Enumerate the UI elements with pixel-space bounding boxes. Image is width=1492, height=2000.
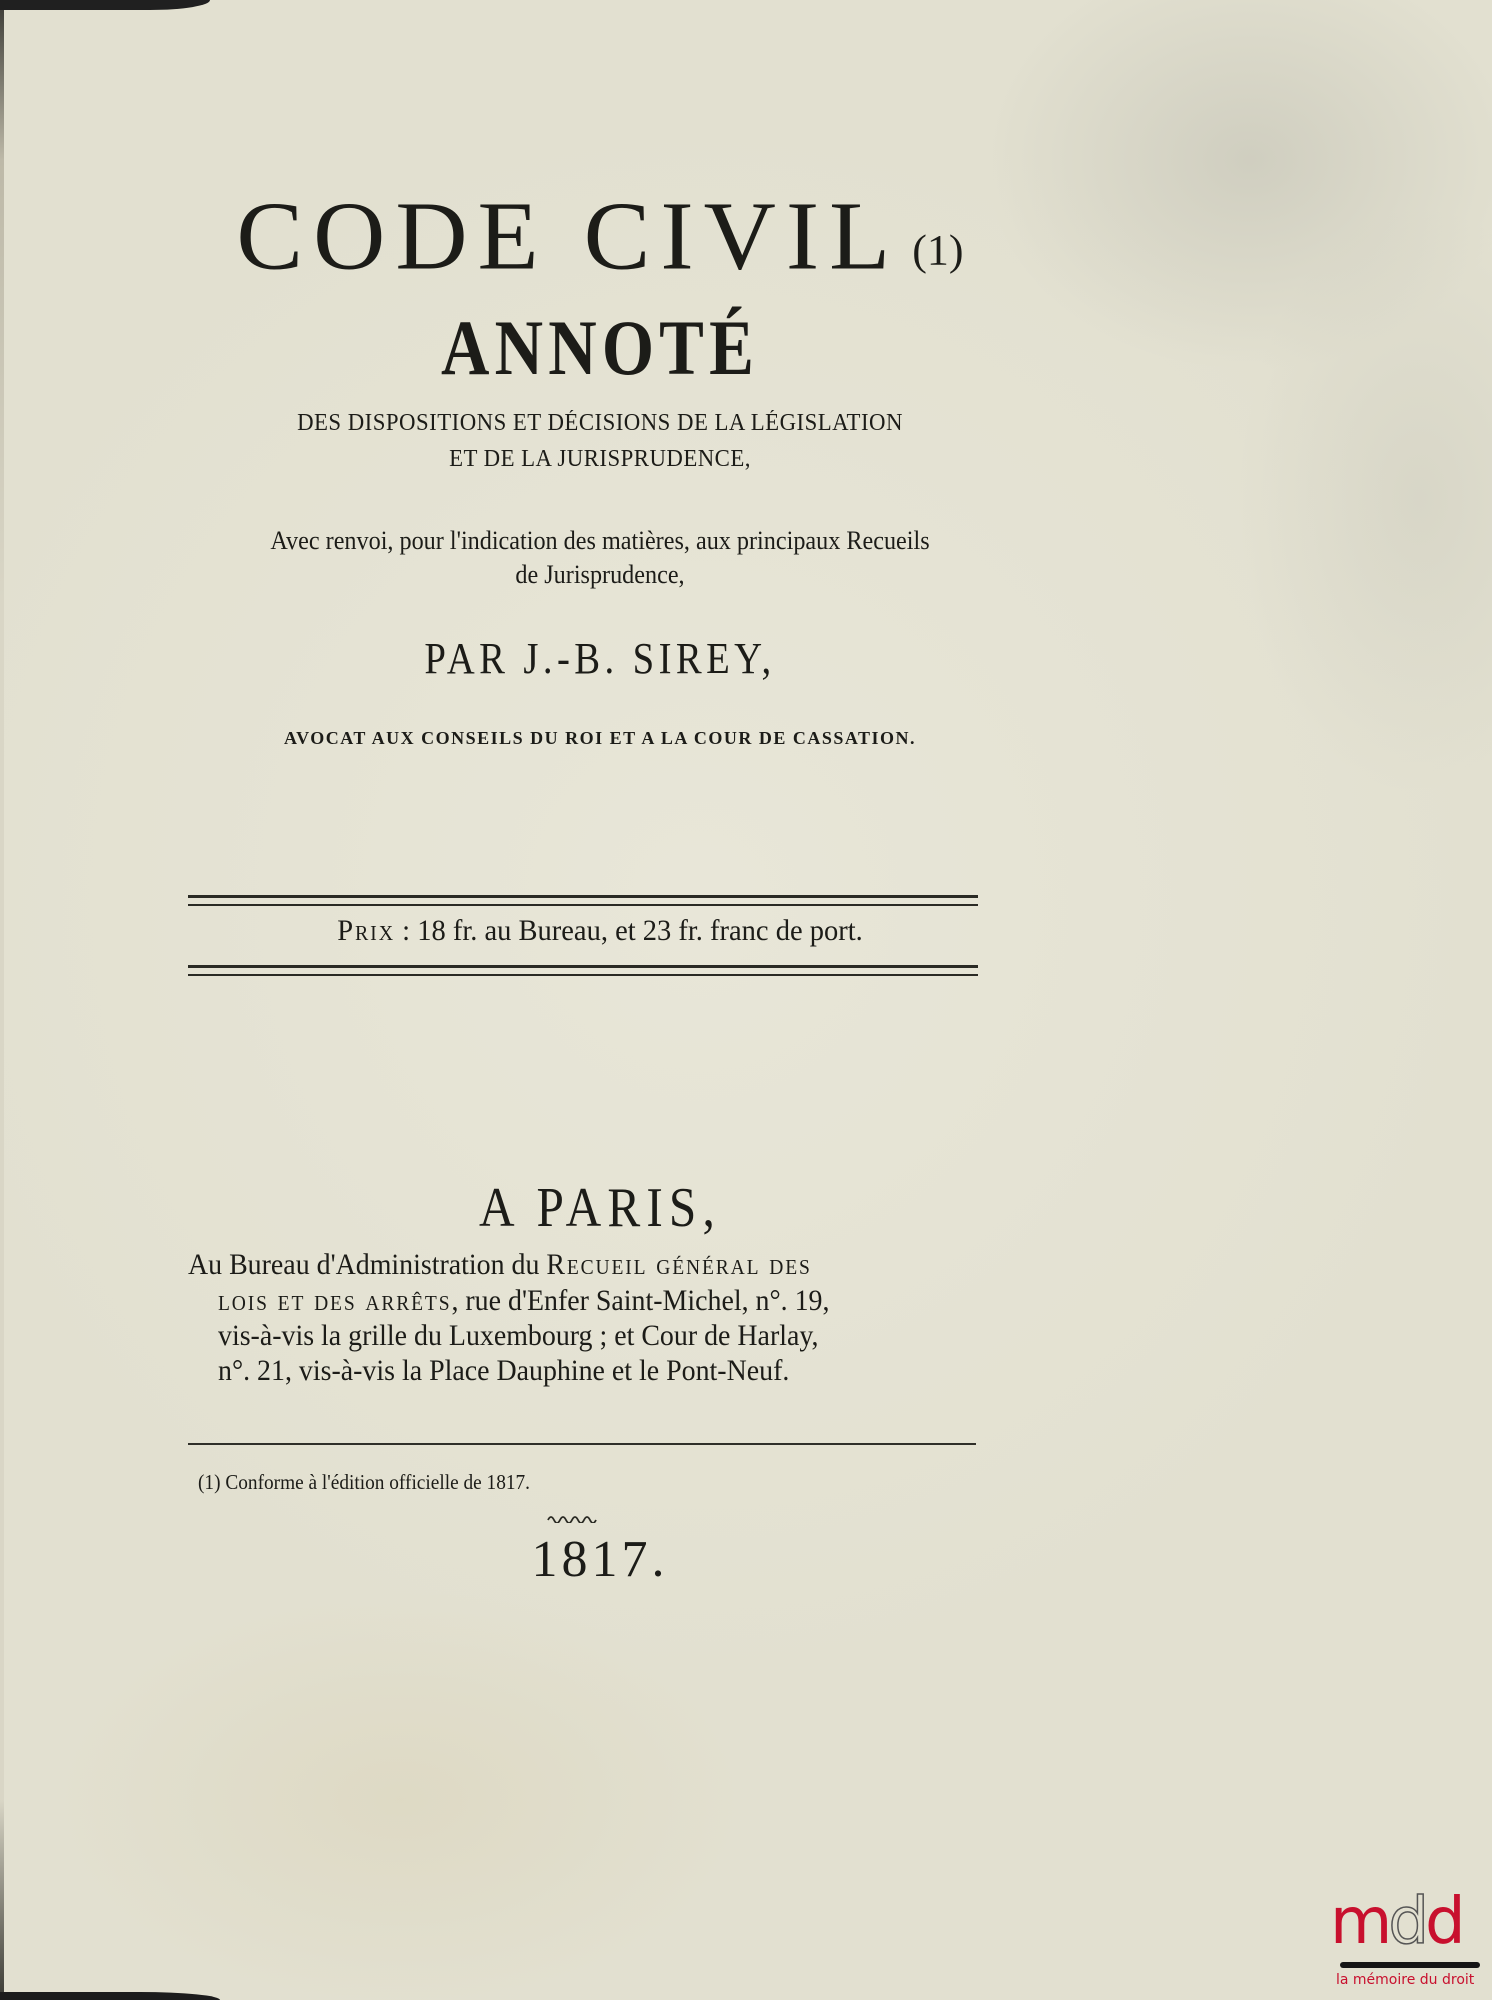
mdd-logo-mark: mdd	[1330, 1890, 1462, 1954]
address-text: vis-à-vis la grille du Luxembourg ; et C…	[218, 1319, 818, 1352]
price-text: : 18 fr. au Bureau, et 23 fr. franc de p…	[395, 914, 863, 947]
place-of-publication: A PARIS,	[72, 1176, 1128, 1240]
price-line: Prix : 18 fr. au Bureau, et 23 fr. franc…	[30, 914, 1170, 948]
author-line: PAR J.-B. SIREY,	[72, 633, 1128, 684]
footnote: (1) Conforme à l'édition officielle de 1…	[198, 1470, 530, 1495]
address-line-1: Au Bureau d'Administration du Recueil gé…	[188, 1248, 812, 1282]
logo-letter-d-outline: d	[1388, 1885, 1425, 1959]
address-line-2: lois et des arrêts, rue d'Enfer Saint-Mi…	[218, 1284, 829, 1318]
book-cover-edge-bottom	[0, 1992, 220, 2000]
address-text: n°. 21, vis-à-vis la Place Dauphine et l…	[218, 1354, 789, 1387]
address-text: , rue d'Enfer Saint-Michel, n°. 19,	[451, 1284, 829, 1317]
footnote-marker: (1)	[912, 226, 963, 274]
title-text: CODE CIVIL	[236, 181, 900, 290]
address-smallcaps: Recueil général des	[546, 1248, 811, 1281]
author-title: AVOCAT AUX CONSEILS DU ROI ET A LA COUR …	[0, 728, 1200, 749]
address-line-3: vis-à-vis la grille du Luxembourg ; et C…	[218, 1319, 818, 1353]
address-line-4: n°. 21, vis-à-vis la Place Dauphine et l…	[218, 1354, 789, 1388]
price-rule-bottom	[188, 965, 978, 976]
logo-tagline: la mémoire du droit	[1336, 1972, 1474, 1988]
page-title: CODE CIVIL(1)	[0, 179, 1200, 292]
renvoi-line-2: de Jurisprudence,	[42, 560, 1158, 590]
subtitle: ANNOTÉ	[84, 303, 1116, 393]
mdd-logo: mdd la mémoire du droit	[1330, 1880, 1485, 1990]
publication-year: 1817.	[0, 1530, 1200, 1589]
price-rule-top	[188, 895, 978, 906]
price-label: Prix	[337, 914, 395, 947]
logo-letter-m: m	[1330, 1885, 1388, 1959]
book-cover-edge-top	[0, 0, 210, 10]
paper-background	[0, 0, 1492, 2000]
renvoi-line-1: Avec renvoi, pour l'indication des matiè…	[42, 526, 1158, 556]
page-edge-shadow	[0, 0, 4, 2000]
address-text: Au Bureau d'Administration du	[188, 1248, 546, 1281]
address-smallcaps: lois et des arrêts	[218, 1284, 451, 1317]
description-line-1: DES DISPOSITIONS ET DÉCISIONS DE LA LÉGI…	[30, 410, 1170, 437]
logo-underline-bar	[1340, 1962, 1480, 1968]
footnote-rule	[188, 1443, 976, 1445]
logo-letter-d: d	[1425, 1885, 1462, 1959]
wave-ornament-icon	[547, 1513, 599, 1523]
description-line-2: ET DE LA JURISPRUDENCE,	[30, 446, 1170, 473]
